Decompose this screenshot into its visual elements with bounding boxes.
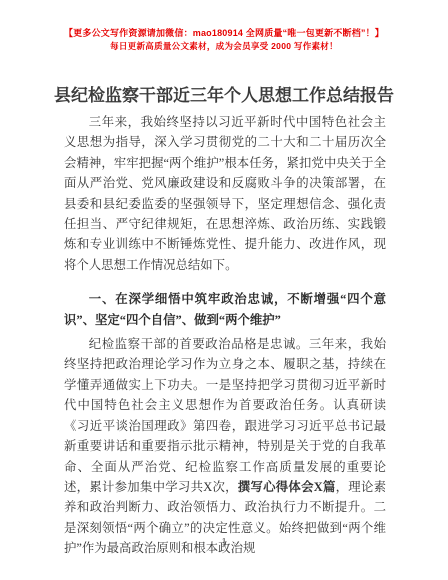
document-title: 县纪检监察干部近三年个人思想工作总结报告	[0, 84, 448, 108]
section-1-bold-highlight: 撰写心得体会X篇	[238, 480, 336, 494]
document-page: 【更多公文写作资源请加微信：mao180914 全网质量“唯一包更新不断档”！】…	[0, 0, 448, 580]
paragraph-intro: 三年来，我始终坚持以习近平新时代中国特色社会主义思想为指导，深入学习贯彻党的二十…	[64, 112, 386, 275]
ad-banner-line-1: 【更多公文写作资源请加微信：mao180914 全网质量“唯一包更新不断档”！】	[0, 27, 448, 40]
section-heading-1: 一、在深学细悟中筑牢政治忠诚，不断增强“四个意识”、坚定“四个自信”、做到“两个…	[64, 289, 386, 330]
ad-banner: 【更多公文写作资源请加微信：mao180914 全网质量“唯一包更新不断档”！】…	[0, 27, 448, 53]
page-number: 1	[0, 537, 448, 548]
document-body: 三年来，我始终坚持以习近平新时代中国特色社会主义思想为指导，深入学习贯彻党的二十…	[64, 112, 386, 559]
paragraph-section-1: 纪检监察干部的首要政治品格是忠诚。三年来，我始终坚持把政治理论学习作为立身之本、…	[64, 334, 386, 558]
section-1-text-before-bold: 纪检监察干部的首要政治品格是忠诚。三年来，我始终坚持把政治理论学习作为立身之本、…	[64, 337, 386, 494]
ad-banner-line-2: 每日更新高质量公文素材，成为会员享受 2000 写作素材！	[0, 40, 448, 53]
